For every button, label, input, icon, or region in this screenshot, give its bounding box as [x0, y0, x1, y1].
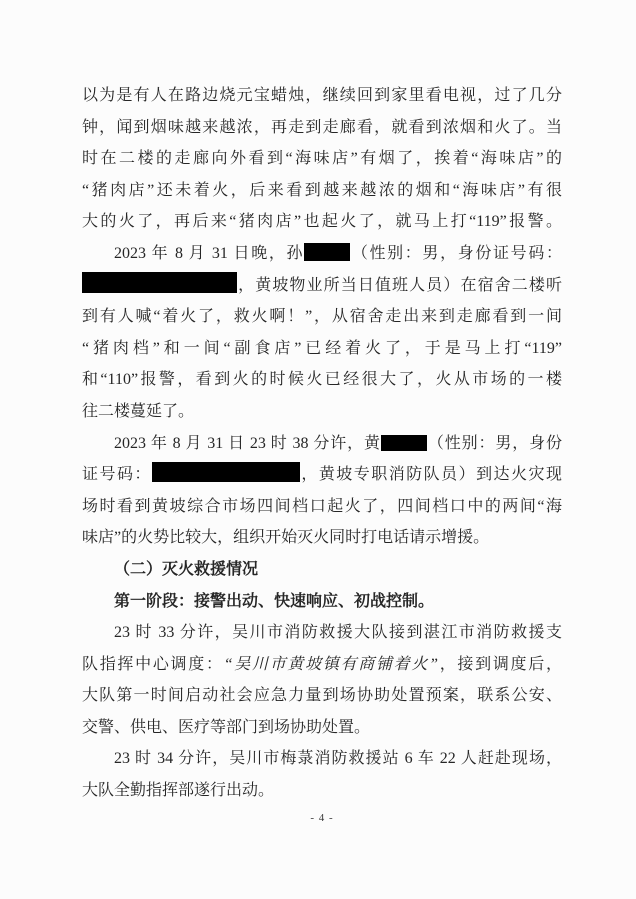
text-line: 大队全勤指挥部遂行出动。 [82, 775, 562, 807]
text-line: 队指挥中心调度：“吴川市黄坡镇有商铺着火”，接到调度后， [82, 649, 562, 681]
text-run: 2023 年 8 月 31 日晚，孙 [114, 245, 304, 262]
text-run: 钟，闻到烟味越来越浓，再走到走廊看，就看到浓烟和火了。当 [82, 119, 562, 136]
text-run: ，黄坡专职消防队员）到达火灾现 [300, 466, 562, 483]
redaction-block [304, 243, 350, 261]
text-line: 23 时 34 分许，吴川市梅菉消防救援站 6 车 22 人赶赴现场， [82, 743, 562, 775]
text-line: 时在二楼的走廊向外看到“海味店”有烟了，挨着“海味店”的 [82, 143, 562, 175]
text-line: “猪肉档”和一间“副食店”已经着火了，于是马上打“119” [82, 333, 562, 365]
text-line: 以为是有人在路边烧元宝蜡烛，继续回到家里看电视，过了几分 [82, 80, 562, 112]
text-run: “猪肉档”和一间“副食店”已经着火了，于是马上打“119” [82, 340, 562, 357]
text-line: 2023 年 8 月 31 日晚，孙（性别：男，身份证号码： [82, 238, 562, 270]
text-run: 和“110”报警，看到火的时候火已经很大了，火从市场的一楼 [82, 371, 562, 388]
text-run: 时在二楼的走廊向外看到“海味店”有烟了，挨着“海味店”的 [82, 150, 562, 167]
text-line: 场时看到黄坡综合市场四间档口起火了，四间档口中的两间“海 [82, 491, 562, 523]
heading-line: 第一阶段：接警出动、快速响应、初战控制。 [82, 586, 562, 618]
text-run: 往二楼蔓延了。 [82, 403, 194, 420]
text-run: 场时看到黄坡综合市场四间档口起火了，四间档口中的两间“海 [82, 498, 562, 515]
text-line: 大队第一时间启动社会应急力量到场协助处置预案，联系公安、 [82, 680, 562, 712]
text-run: 大队全勤指挥部遂行出动。 [82, 782, 274, 799]
page-number: - 4 - [82, 812, 562, 824]
text-run: 2023 年 8 月 31 日 23 时 38 分许，黄 [114, 435, 381, 452]
text-run: 23 时 33 分许，吴川市消防救援大队接到湛江市消防救援支 [114, 624, 562, 641]
text-line: 往二楼蔓延了。 [82, 396, 562, 428]
text-line: 味店”的火势比较大，组织开始灭火同时打电话请示增援。 [82, 522, 562, 554]
text-run: （性别：男，身份证号码： [350, 245, 562, 262]
text-line: 大的火了，再后来“猪肉店”也起火了，就马上打“119”报警。 [82, 206, 562, 238]
text-line: ，黄坡物业所当日值班人员）在宿舍二楼听 [82, 270, 562, 302]
text-run: 证号码： [82, 466, 152, 483]
text-line: 和“110”报警，看到火的时候火已经很大了，火从市场的一楼 [82, 364, 562, 396]
text-run: 味店”的火势比较大，组织开始灭火同时打电话请示增援。 [82, 529, 489, 546]
redaction-block [381, 435, 427, 451]
dispatch-quote-emphasis: “吴川市黄坡镇有商铺着火” [224, 656, 438, 673]
text-run: 大队第一时间启动社会应急力量到场协助处置预案，联系公安、 [82, 687, 562, 704]
document-page: 以为是有人在路边烧元宝蜡烛，继续回到家里看电视，过了几分钟，闻到烟味越来越浓，再… [0, 0, 636, 899]
text-line: 证号码：，黄坡专职消防队员）到达火灾现 [82, 459, 562, 491]
text-line: “猪肉店”还未着火，后来看到越来越浓的烟和“海味店”有很 [82, 175, 562, 207]
text-run: ，接到调度后， [438, 656, 562, 673]
text-run: 交警、供电、医疗等部门到场协助处置。 [82, 719, 370, 736]
text-run: 23 时 34 分许，吴川市梅菉消防救援站 6 车 22 人赶赴现场， [114, 750, 562, 767]
text-run: 第一阶段：接警出动、快速响应、初战控制。 [114, 593, 434, 610]
redaction-block [152, 462, 300, 482]
text-run: （性别：男，身份 [427, 435, 562, 452]
heading-line: （二）灭火救援情况 [82, 554, 562, 586]
text-run: 以为是有人在路边烧元宝蜡烛，继续回到家里看电视，过了几分 [82, 87, 562, 104]
text-line: 钟，闻到烟味越来越浓，再走到走廊看，就看到浓烟和火了。当 [82, 112, 562, 144]
text-line: 到有人喊“着火了，救火啊！”，从宿舍走出来到走廊看到一间 [82, 301, 562, 333]
document-body: 以为是有人在路边烧元宝蜡烛，继续回到家里看电视，过了几分钟，闻到烟味越来越浓，再… [82, 80, 562, 807]
text-line: 2023 年 8 月 31 日 23 时 38 分许，黄（性别：男，身份 [82, 428, 562, 460]
text-run: （二）灭火救援情况 [114, 561, 258, 578]
text-run: 队指挥中心调度： [82, 656, 224, 673]
text-run: 大的火了，再后来“猪肉店”也起火了，就马上打“119”报警。 [82, 213, 562, 230]
text-run: 到有人喊“着火了，救火啊！”，从宿舍走出来到走廊看到一间 [82, 308, 562, 325]
redaction-block [82, 272, 237, 293]
text-run: ，黄坡物业所当日值班人员）在宿舍二楼听 [237, 277, 562, 294]
text-line: 23 时 33 分许，吴川市消防救援大队接到湛江市消防救援支 [82, 617, 562, 649]
text-line: 交警、供电、医疗等部门到场协助处置。 [82, 712, 562, 744]
text-run: “猪肉店”还未着火，后来看到越来越浓的烟和“海味店”有很 [82, 182, 562, 199]
